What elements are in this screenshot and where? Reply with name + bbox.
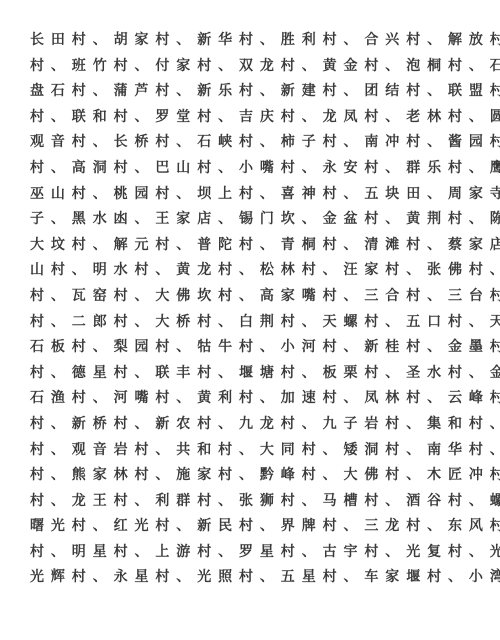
text-line: 山村、明水村、黄龙村、松林村、汪家村、张佛村、印坝 [30,258,470,284]
text-line: 石板村、梨园村、牯牛村、小河村、新桂村、金墨村、大田 [30,335,470,361]
text-line: 村、新桥村、新农村、九龙村、九子岩村、集和村、郭家祠 [30,412,470,438]
text-line: 村、龙王村、利群村、张狮村、马槽村、酒谷村、螺蛳村、 [30,489,470,515]
text-line: 长田村、胡家村、新华村、胜利村、合兴村、解放村、元嘴 [30,28,470,54]
text-line: 村、观音岩村、共和村、大同村、矮洞村、南华村、新凤 [30,438,470,464]
text-line: 村、二郎村、大桥村、白荆村、天螺村、五口村、天峰村、 [30,310,470,336]
text-line: 曙光村、红光村、新民村、界牌村、三龙村、东风村、巨星 [30,514,470,540]
text-line: 石渔村、河嘴村、黄利村、加速村、凤林村、云峰村、前进 [30,386,470,412]
text-line: 盘石村、蒲芦村、新乐村、新建村、团结村、联盟村、学堂 [30,79,470,105]
village-list-paragraph: 长田村、胡家村、新华村、胜利村、合兴村、解放村、元嘴 村、班竹村、付家村、双龙村… [30,28,470,591]
text-line: 光辉村、永星村、光照村、五星村、车家堰村、小湾村、四 [30,565,470,591]
text-line: 村、高洞村、巴山村、小嘴村、永安村、群乐村、鹰嘴村、 [30,156,470,182]
text-line: 村、联和村、罗堂村、吉庆村、龙凤村、老林村、圆仓村、 [30,105,470,131]
text-line: 村、班竹村、付家村、双龙村、黄金村、泡桐村、石龙村、 [30,54,470,80]
text-line: 村、明星村、上游村、罗星村、古宇村、光复村、光灿村、 [30,540,470,566]
text-line: 村、熊家林村、施家村、黔峰村、大佛村、木匠冲村、龙威 [30,463,470,489]
text-line: 子、黑水凼、王家店、锡门坎、金盆村、黄荆村、陈东村、 [30,207,470,233]
text-line: 村、瓦窑村、大佛坎村、高家嘴村、三合村、三台村、圣光 [30,284,470,310]
text-line: 大坟村、解元村、普陀村、青桐村、清滩村、蔡家店村、高 [30,233,470,259]
text-line: 村、德星村、联丰村、堰塘村、板栗村、圣水村、金竹村、 [30,361,470,387]
text-line: 巫山村、桃园村、坝上村、喜神村、五块田、周家寺、石庙 [30,182,470,208]
text-line: 观音村、长桥村、石峡村、柿子村、南冲村、酱园村、大屋 [30,130,470,156]
document-page: 长田村、胡家村、新华村、胜利村、合兴村、解放村、元嘴 村、班竹村、付家村、双龙村… [0,0,500,640]
